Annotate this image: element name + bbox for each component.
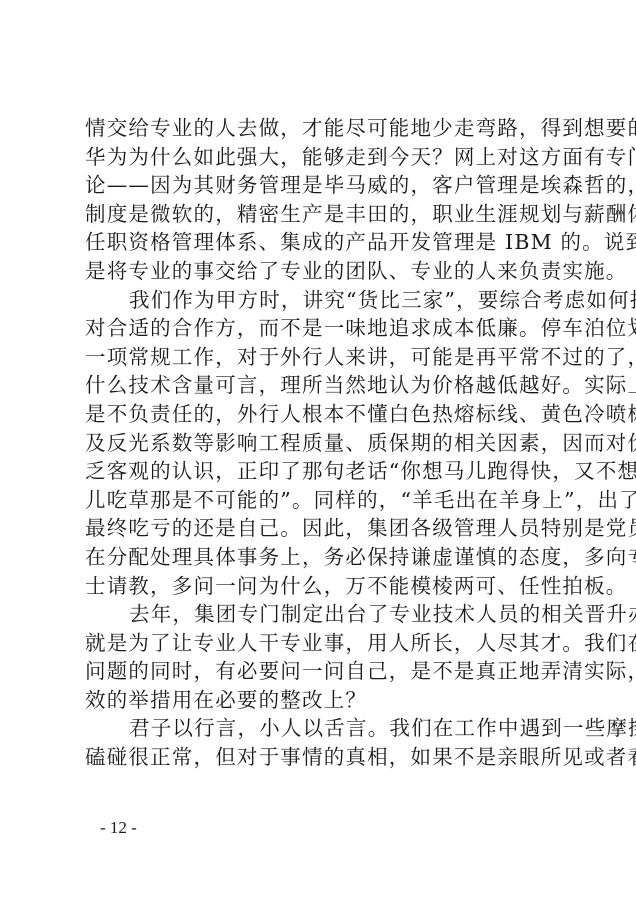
text-line: 什么技术含量可言，理所当然地认为价格越低越好。实际上，这 — [85, 371, 557, 400]
document-page: 情交给专业的人去做，才能尽可能地少走弯路，得到想要的结果。 华为为什么如此强大，… — [0, 0, 636, 900]
text-line: 问题的同时，有必要问一问自己，是不是真正地弄清实际，将有 — [85, 657, 557, 686]
text-line: 最终吃亏的还是自己。因此，集团各级管理人员特别是党员干部， — [85, 514, 557, 543]
text-line: 在分配处理具体事务上，务必保持谦虚谨慎的态度，多向专业人 — [85, 543, 557, 572]
text-line: 士请教，多问一问为什么，万不能模棱两可、任性拍板。 — [85, 572, 557, 601]
paragraph-start-line: 君子以行言，小人以舌言。我们在工作中遇到一些摩擦或者 — [85, 714, 557, 743]
text-line: 华为为什么如此强大，能够走到今天？网上对这方面有专门的评 — [85, 143, 557, 172]
text-line: 效的举措用在必要的整改上？ — [85, 686, 557, 715]
text-line: 任职资格管理体系、集成的产品开发管理是 IBM 的。说到底， — [85, 228, 557, 257]
page-number: - 12 - — [100, 818, 137, 838]
text-line: 论——因为其财务管理是毕马威的，客户管理是埃森哲的，述职 — [85, 171, 557, 200]
text-line: 一项常规工作，对于外行人来讲，可能是再平常不过的了，没有 — [85, 343, 557, 372]
text-line: 对合适的合作方，而不是一味地追求成本低廉。停车泊位划线是 — [85, 314, 557, 343]
text-line: 儿吃草那是不可能的”。同样的，“羊毛出在羊身上”，出了问题， — [85, 486, 557, 515]
paragraph-start-line: 去年，集团专门制定出台了专业技术人员的相关晋升办法， — [85, 600, 557, 629]
text-line: 乏客观的认识，正印了那句老话“你想马儿跑得快，又不想让马 — [85, 457, 557, 486]
body-text: 情交给专业的人去做，才能尽可能地少走弯路，得到想要的结果。 华为为什么如此强大，… — [85, 114, 557, 772]
text-line: 制度是微软的，精密生产是丰田的，职业生涯规划与薪酬体系、 — [85, 200, 557, 229]
text-line: 是不负责任的，外行人根本不懂白色热熔标线、黄色冷喷标线以 — [85, 400, 557, 429]
text-line: 就是为了让专业人干专业事，用人所长，人尽其才。我们在解决 — [85, 629, 557, 658]
text-line: 是将专业的事交给了专业的团队、专业的人来负责实施。 — [85, 257, 557, 286]
text-line: 磕碰很正常，但对于事情的真相，如果不是亲眼所见或者看得不 — [85, 743, 557, 772]
text-line: 及反光系数等影响工程质量、质保期的相关因素，因而对价格缺 — [85, 429, 557, 458]
paragraph-start-line: 我们作为甲方时，讲究“货比三家”，要综合考虑如何找到相 — [85, 286, 557, 315]
text-line: 情交给专业的人去做，才能尽可能地少走弯路，得到想要的结果。 — [85, 114, 557, 143]
